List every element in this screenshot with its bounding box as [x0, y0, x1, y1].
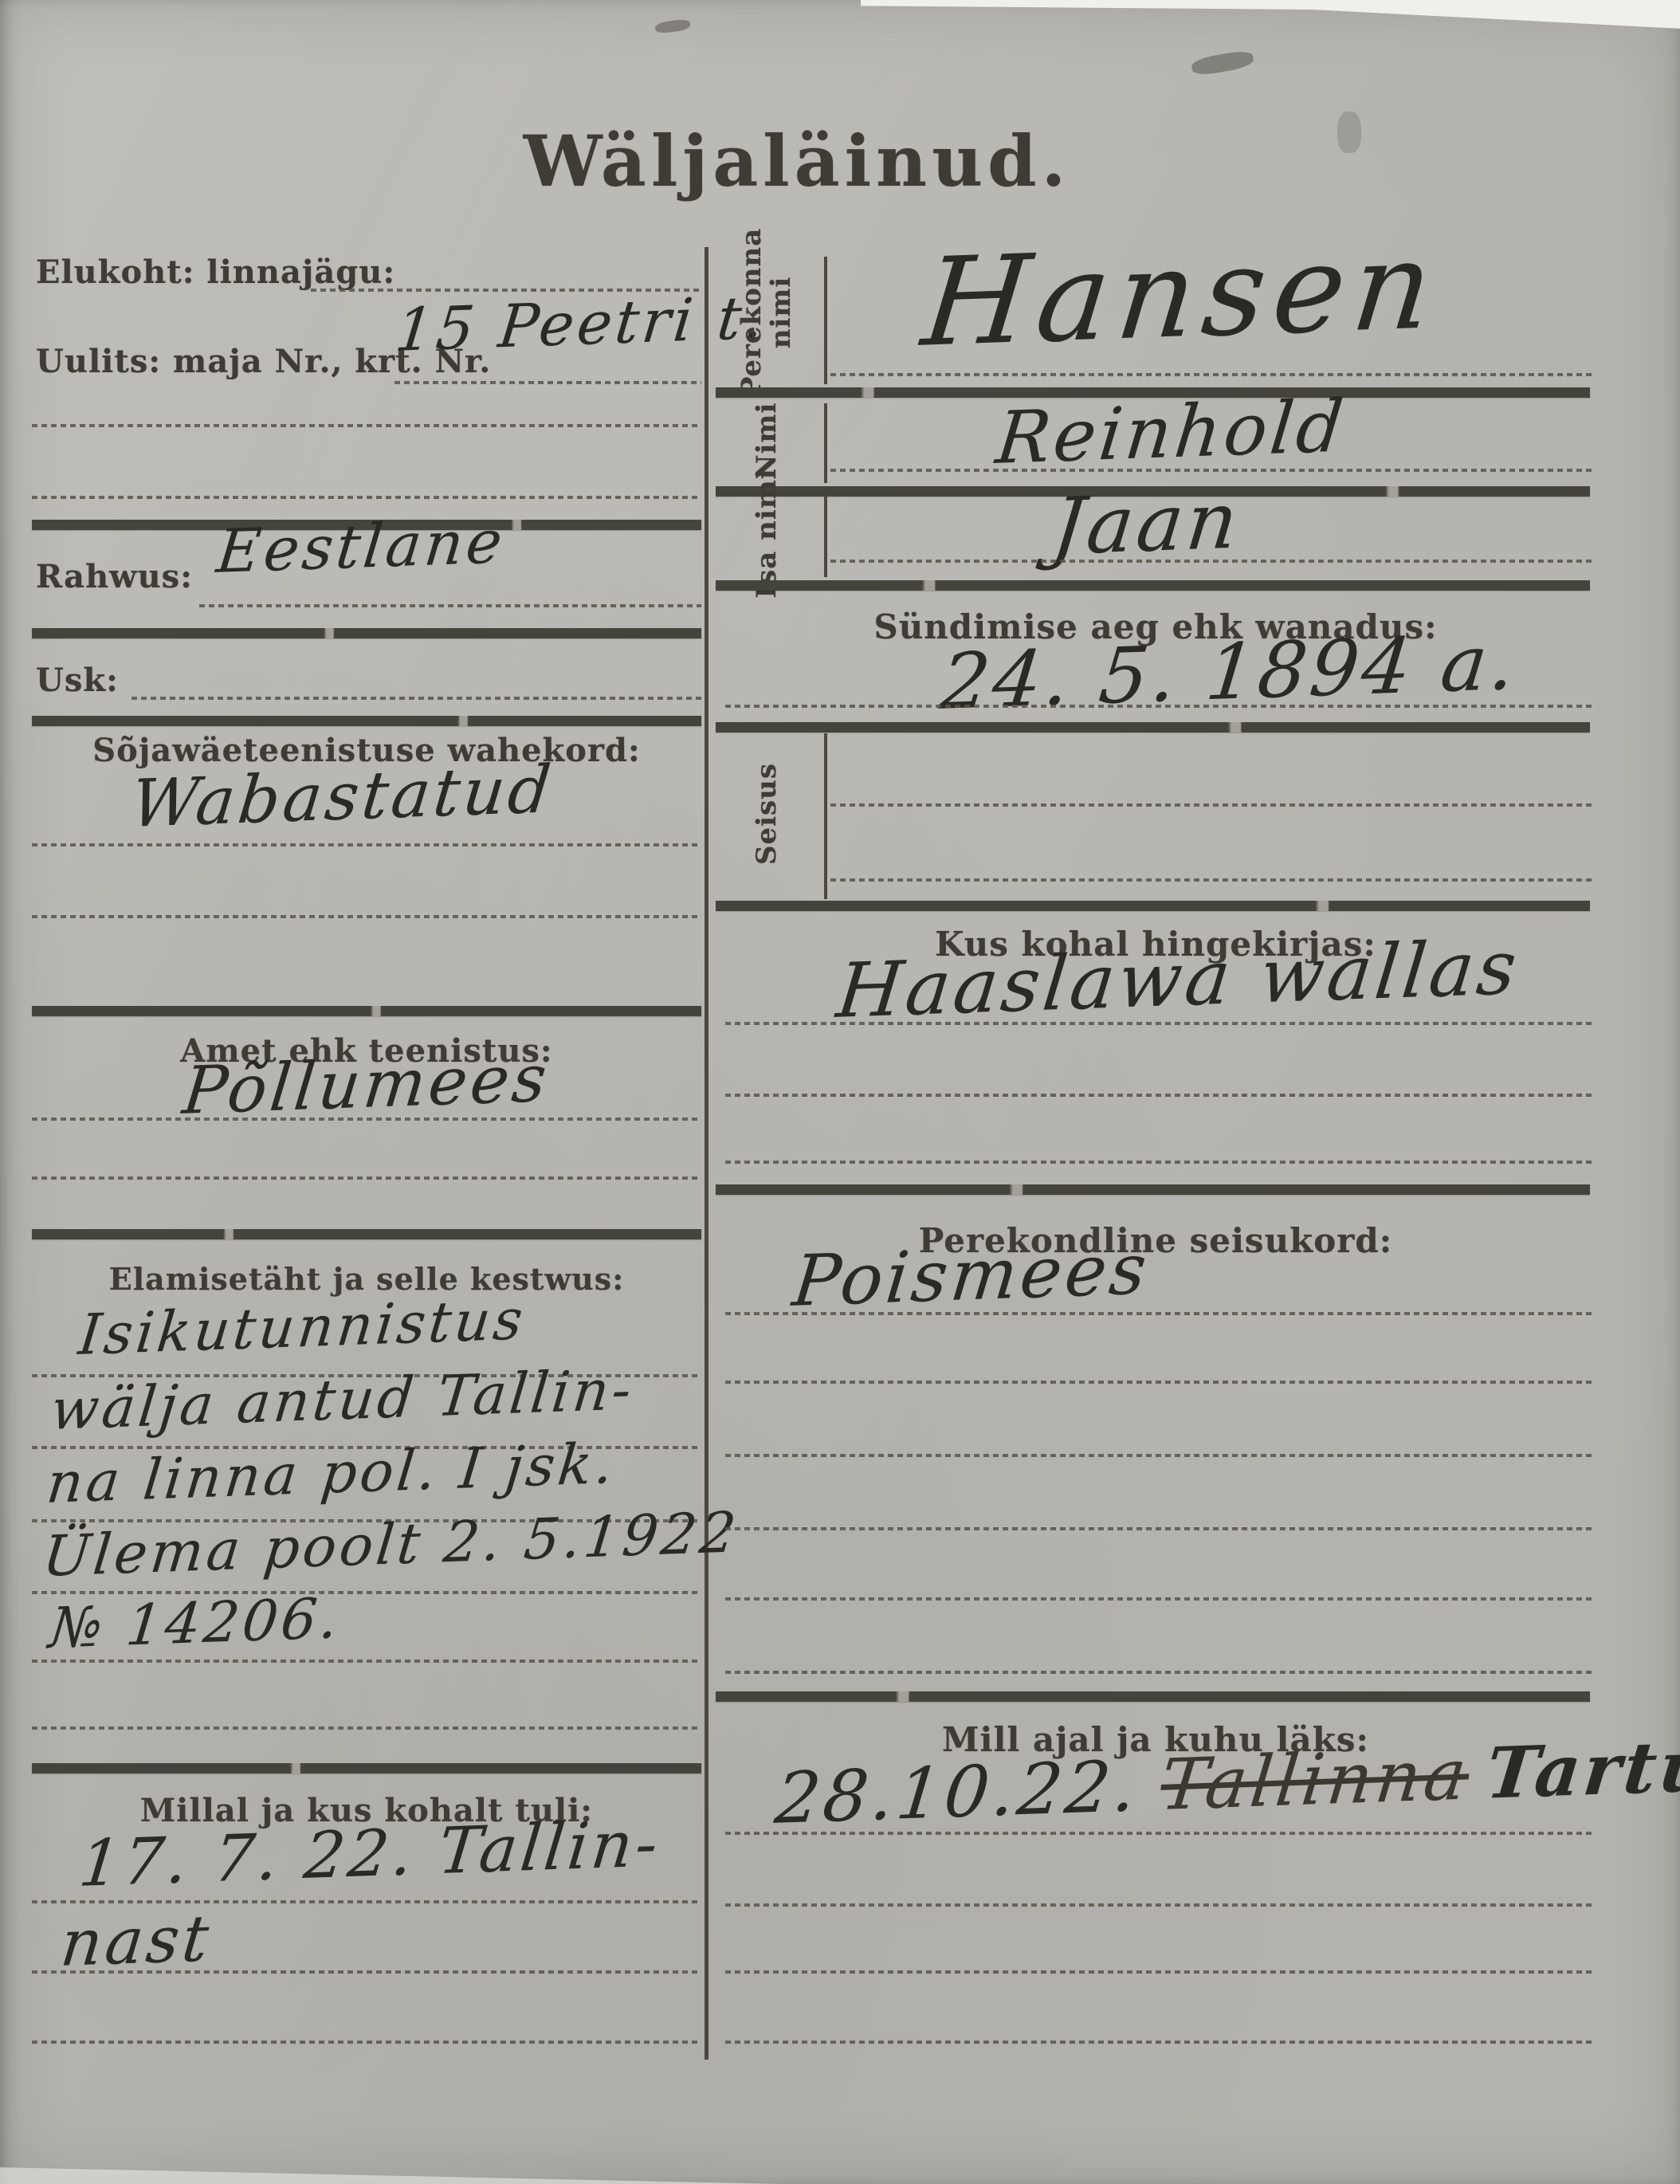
dotted-line	[32, 1900, 701, 1903]
dotted-line	[32, 496, 701, 499]
dotted-line	[725, 1094, 1594, 1097]
ink-speck	[1191, 49, 1255, 77]
dotted-line	[725, 1832, 1594, 1835]
dotted-line	[725, 1161, 1594, 1164]
laks-destination: Tartu	[1482, 1723, 1680, 1814]
dotted-line	[32, 1660, 701, 1663]
field-value-elamisetaht-line2: wälja antud Tallin-	[48, 1357, 638, 1443]
dotted-line	[32, 1118, 701, 1121]
section-rule	[32, 1763, 701, 1774]
dotted-line	[725, 705, 1594, 708]
dotted-line	[725, 1597, 1594, 1601]
field-value-isa-nimi: Jaan	[1048, 475, 1245, 573]
dotted-line	[725, 1527, 1594, 1530]
dotted-line	[725, 1022, 1594, 1025]
dotted-line	[32, 1970, 701, 1974]
field-value-elamisetaht-line4: Ülema poolt 2. 5.1922	[40, 1499, 742, 1589]
label-cell-divider	[824, 496, 827, 577]
field-label-usk: Usk:	[36, 662, 119, 699]
dotted-line	[725, 1903, 1594, 1907]
dotted-line	[32, 424, 701, 427]
scan-bottom-paper-edge	[0, 2154, 781, 2184]
scanned-form-page: Wäljaläinud. Elukoht: linnajägu: Uulits:…	[0, 0, 1680, 2184]
dotted-line	[830, 469, 1594, 472]
dotted-line	[830, 878, 1594, 882]
field-value-perekondline: Poismees	[789, 1228, 1153, 1322]
dotted-line	[725, 1671, 1594, 1674]
section-rule	[32, 1229, 701, 1239]
dotted-line	[32, 1176, 701, 1180]
section-rule	[32, 628, 701, 638]
rotated-label-seisus: Seisus	[723, 750, 811, 878]
dotted-line	[199, 604, 701, 607]
label-cell-divider	[824, 733, 827, 899]
laks-date: 28.10.22.	[771, 1745, 1143, 1840]
field-value-nimi: Reinhold	[992, 384, 1350, 481]
section-rule	[716, 1691, 1590, 1702]
dotted-line	[725, 1312, 1594, 1315]
column-divider	[705, 247, 709, 2060]
dotted-line	[32, 843, 701, 846]
dotted-line	[830, 560, 1594, 563]
field-value-amet: Põllumees	[179, 1041, 553, 1129]
section-rule	[32, 716, 701, 726]
field-value-elamisetaht-line1: Isikutunnistus	[76, 1286, 529, 1368]
field-value-elamisetaht-line5: № 14206.	[46, 1585, 344, 1661]
section-rule	[716, 580, 1590, 591]
field-label-rahwus: Rahwus:	[36, 558, 193, 595]
dotted-line	[394, 381, 701, 384]
dotted-line	[32, 1726, 701, 1730]
field-value-elamisetaht-line3: na linna pol. I jsk.	[44, 1431, 619, 1516]
dotted-line	[725, 2041, 1594, 2044]
dotted-line	[830, 803, 1594, 807]
dotted-line	[131, 697, 701, 700]
form-title: Wäljaläinud.	[446, 120, 1148, 202]
dotted-line	[725, 1454, 1594, 1457]
field-value-rahwus: Eestlane	[214, 506, 508, 587]
dotted-line	[32, 2041, 701, 2044]
label-cell-divider	[824, 403, 827, 483]
section-rule	[32, 1006, 701, 1016]
field-value-tuli-line2: nast	[57, 1901, 215, 1981]
ink-speck	[654, 18, 691, 34]
ink-speck	[1337, 112, 1361, 153]
dotted-line	[830, 373, 1594, 376]
laks-struck-word: Tallinna	[1157, 1733, 1474, 1826]
dotted-line	[32, 915, 701, 918]
section-rule	[716, 901, 1590, 911]
dotted-line	[725, 1381, 1594, 1384]
field-value-perekonna-nimi: Hansen	[917, 214, 1446, 374]
scan-top-paper-edge	[861, 0, 1680, 37]
field-value-sojawae: Wabastatud	[128, 752, 557, 843]
section-rule	[716, 722, 1590, 733]
label-cell-divider	[824, 257, 827, 384]
field-label-elukoht: Elukoht: linnajägu:	[36, 253, 395, 291]
section-rule	[716, 1184, 1590, 1195]
dotted-line	[725, 1970, 1594, 1974]
